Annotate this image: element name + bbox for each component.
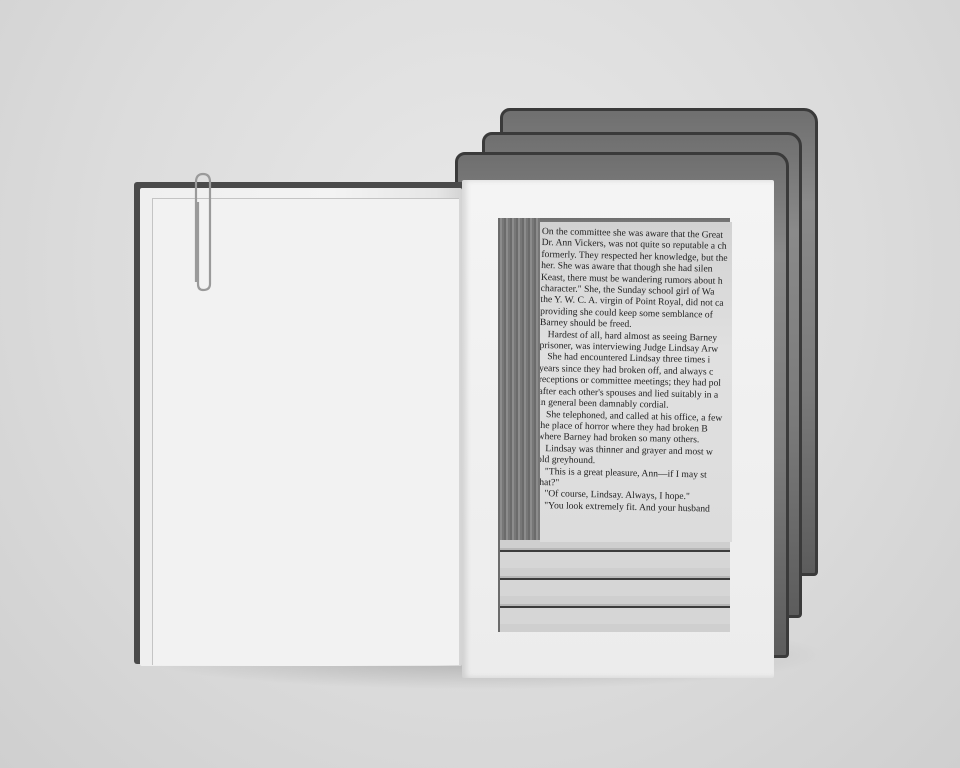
photo-scene: On the committee she was aware that the … — [0, 0, 960, 768]
inner-page-text: On the committee she was aware that the … — [540, 226, 732, 516]
inner-printed-page: On the committee she was aware that the … — [540, 222, 732, 542]
compartment-floor — [500, 540, 730, 632]
paperclip-icon — [190, 172, 216, 292]
